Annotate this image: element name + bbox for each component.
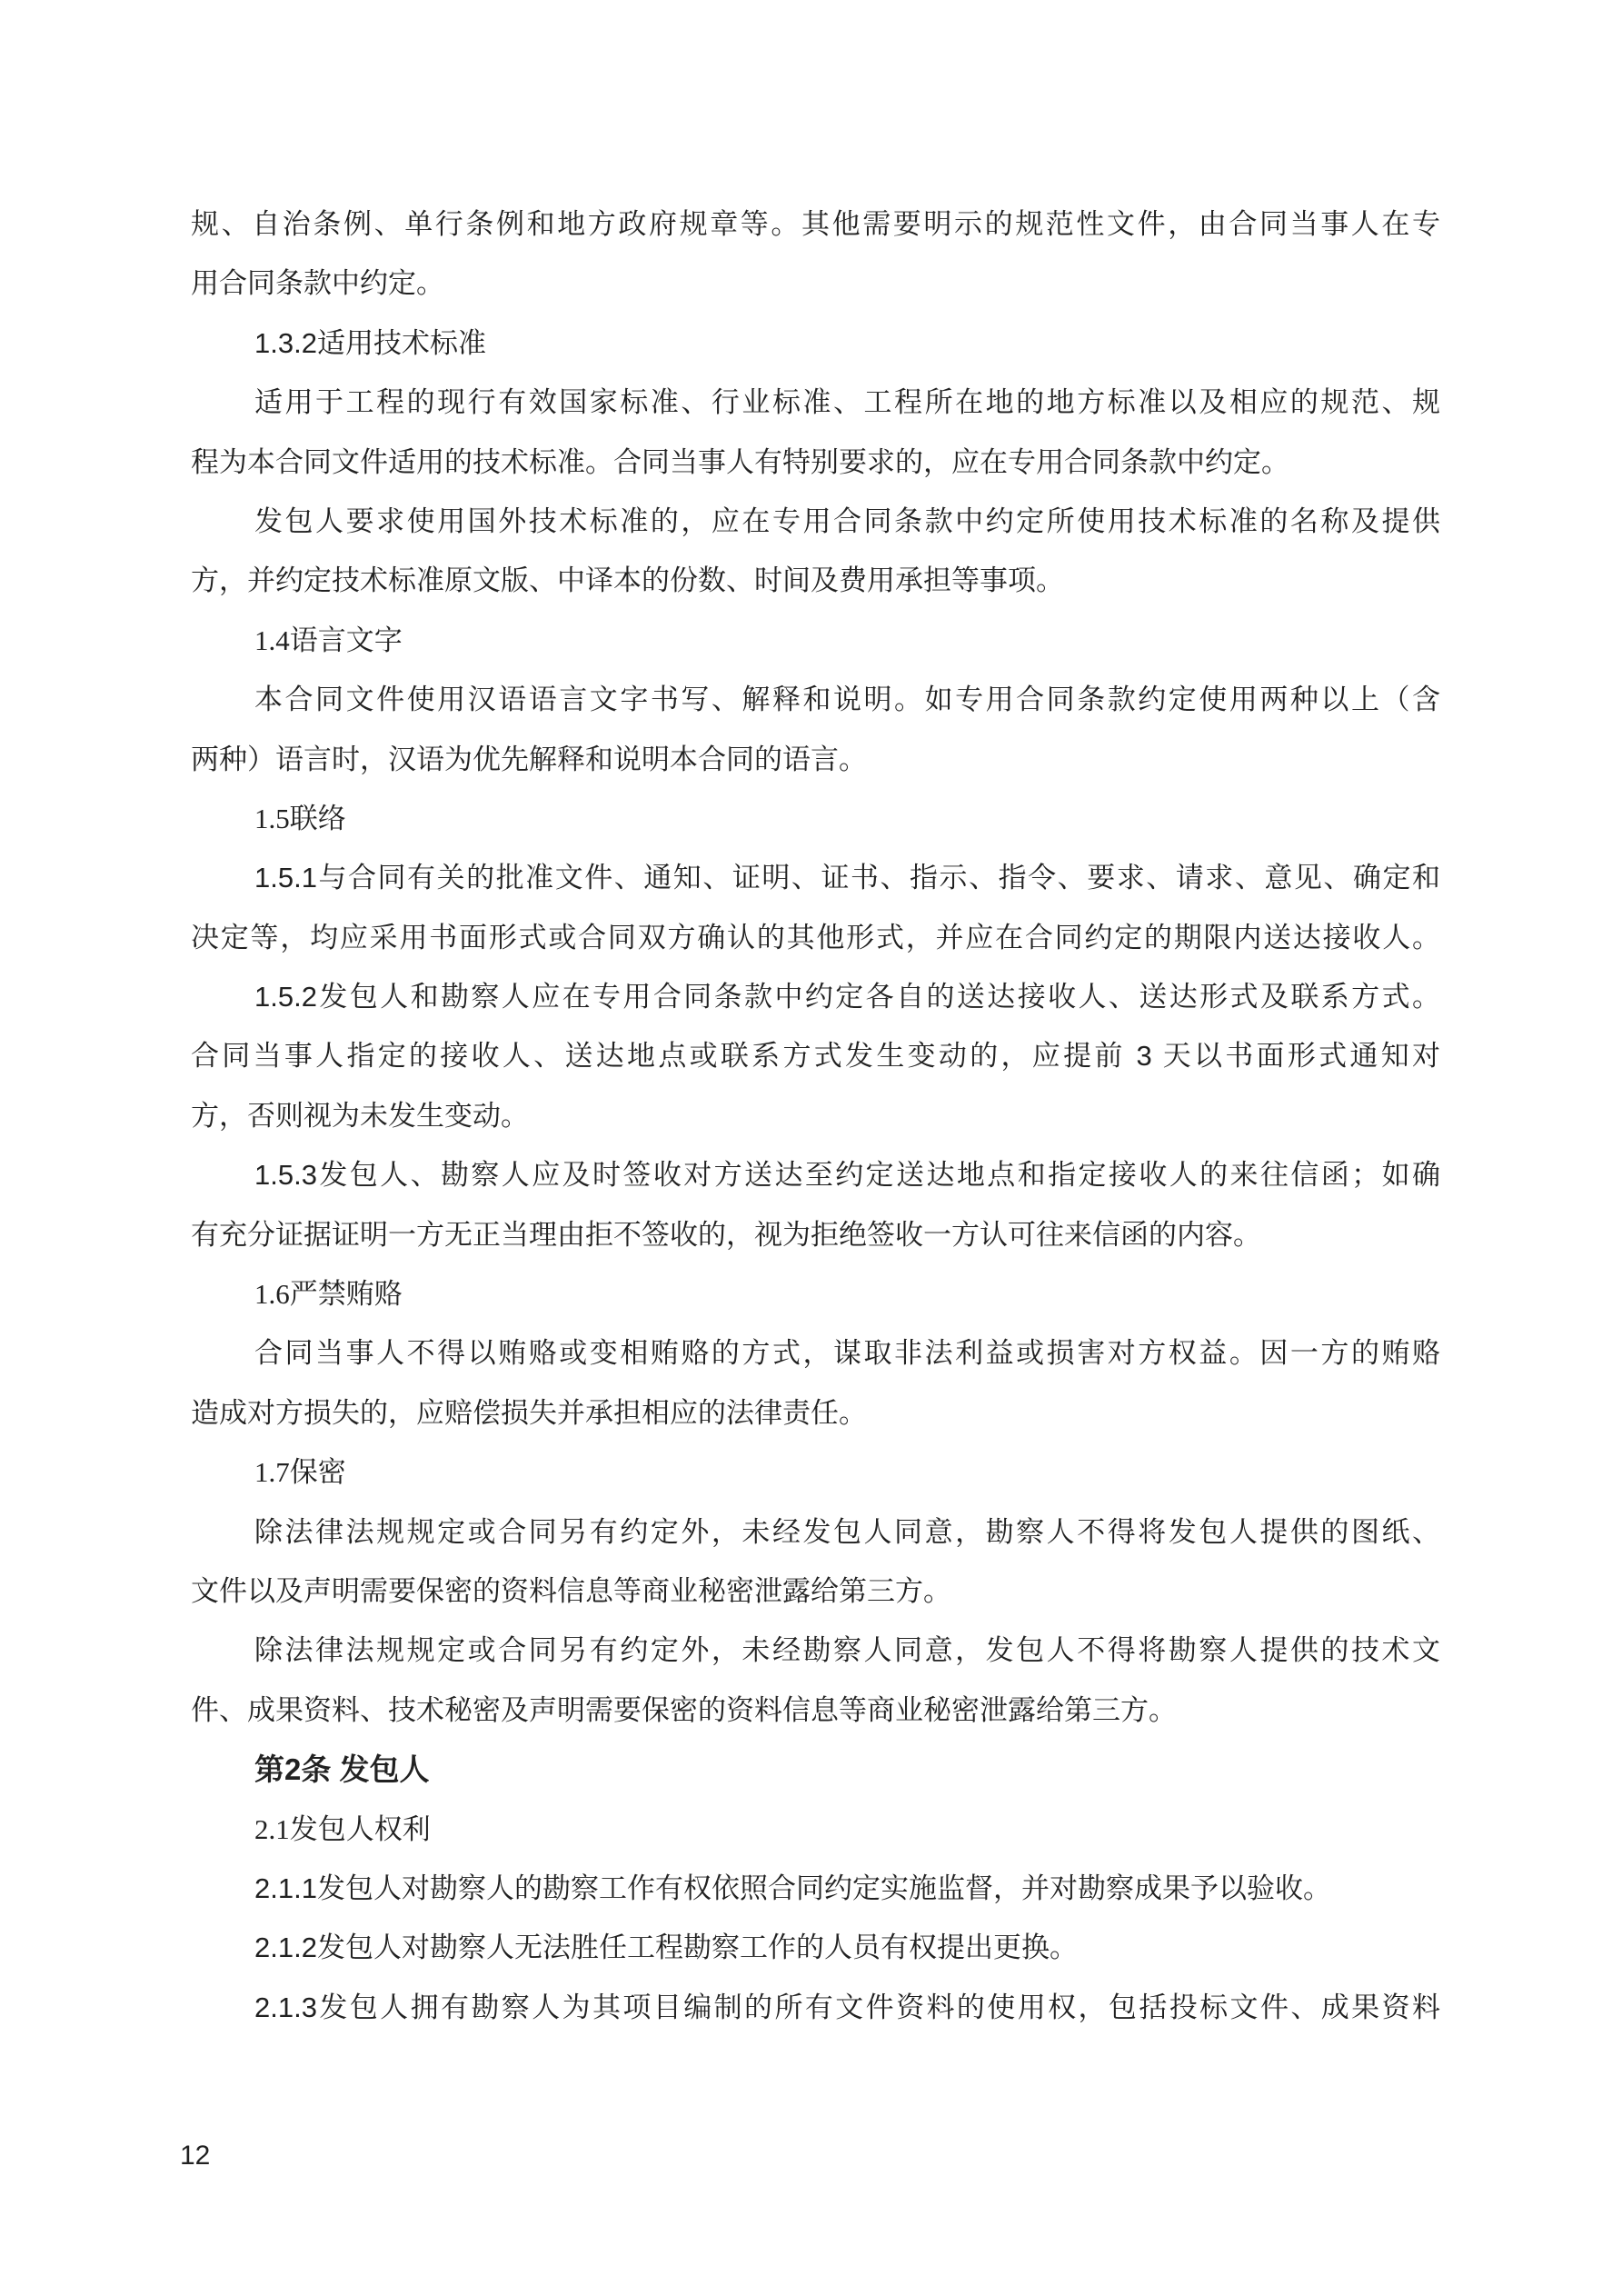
text-line: 1.6严禁贿赂 (191, 1264, 1440, 1323)
text-line: 2.1发包人权利 (191, 1800, 1440, 1859)
text-line: 造成对方损失的，应赔偿损失并承担相应的法律责任。 (191, 1383, 1440, 1442)
text-line: 1.7保密 (191, 1442, 1440, 1502)
text-line: 适用于工程的现行有效国家标准、行业标准、工程所在地的地方标准以及相应的规范、规 (191, 373, 1440, 432)
text-line: 1.5.3发包人、勘察人应及时签收对方送达至约定送达地点和指定接收人的来往信函；… (191, 1145, 1440, 1204)
text-line: 规、自治条例、单行条例和地方政府规章等。其他需要明示的规范性文件，由合同当事人在… (191, 195, 1440, 254)
text-line: 第2条 发包人 (191, 1740, 1440, 1799)
text-line: 方，并约定技术标准原文版、中译本的份数、时间及费用承担等事项。 (191, 551, 1440, 610)
page-content: 规、自治条例、单行条例和地方政府规章等。其他需要明示的规范性文件，由合同当事人在… (191, 195, 1440, 2037)
text-line: 1.5.1与合同有关的批准文件、通知、证明、证书、指示、指令、要求、请求、意见、… (191, 848, 1440, 907)
text-line: 方，否则视为未发生变动。 (191, 1086, 1440, 1145)
text-line: 合同当事人指定的接收人、送达地点或联系方式发生变动的，应提前 3 天以书面形式通… (191, 1026, 1440, 1085)
text-line: 除法律法规规定或合同另有约定外，未经勘察人同意，发包人不得将勘察人提供的技术文 (191, 1621, 1440, 1680)
text-line: 程为本合同文件适用的技术标准。合同当事人有特别要求的，应在专用合同条款中约定。 (191, 433, 1440, 492)
text-line: 1.4语言文字 (191, 611, 1440, 670)
text-line: 两种）语言时，汉语为优先解释和说明本合同的语言。 (191, 730, 1440, 789)
text-line: 2.1.2发包人对勘察人无法胜任工程勘察工作的人员有权提出更换。 (191, 1918, 1440, 1977)
text-line: 1.5联络 (191, 789, 1440, 848)
text-line: 合同当事人不得以贿赂或变相贿赂的方式，谋取非法利益或损害对方权益。因一方的贿赂 (191, 1323, 1440, 1383)
text-line: 有充分证据证明一方无正当理由拒不签收的，视为拒绝签收一方认可往来信函的内容。 (191, 1205, 1440, 1264)
text-line: 本合同文件使用汉语语言文字书写、解释和说明。如专用合同条款约定使用两种以上（含 (191, 670, 1440, 729)
text-line: 文件以及声明需要保密的资料信息等商业秘密泄露给第三方。 (191, 1562, 1440, 1621)
document-page: 规、自治条例、单行条例和地方政府规章等。其他需要明示的规范性文件，由合同当事人在… (0, 0, 1622, 2296)
page-number: 12 (180, 2138, 210, 2174)
text-line: 决定等，均应采用书面形式或合同双方确认的其他形式，并应在合同约定的期限内送达接收… (191, 908, 1440, 967)
text-line: 用合同条款中约定。 (191, 254, 1440, 313)
text-line: 件、成果资料、技术秘密及声明需要保密的资料信息等商业秘密泄露给第三方。 (191, 1681, 1440, 1740)
text-line: 1.5.2发包人和勘察人应在专用合同条款中约定各自的送达接收人、送达形式及联系方… (191, 967, 1440, 1026)
text-line: 2.1.3发包人拥有勘察人为其项目编制的所有文件资料的使用权，包括投标文件、成果… (191, 1978, 1440, 2037)
text-line: 2.1.1发包人对勘察人的勘察工作有权依照合同约定实施监督，并对勘察成果予以验收… (191, 1859, 1440, 1918)
text-line: 1.3.2适用技术标准 (191, 314, 1440, 373)
text-line: 发包人要求使用国外技术标准的，应在专用合同条款中约定所使用技术标准的名称及提供 (191, 492, 1440, 551)
text-line: 除法律法规规定或合同另有约定外，未经发包人同意，勘察人不得将发包人提供的图纸、 (191, 1502, 1440, 1562)
